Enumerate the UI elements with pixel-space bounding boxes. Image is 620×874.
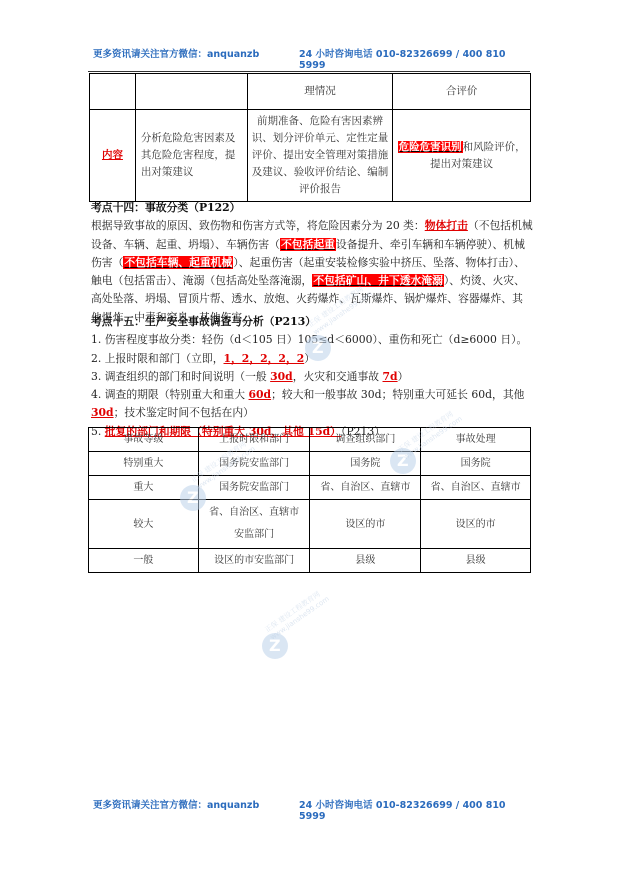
table-cell: 国务院安监部门 <box>198 452 310 476</box>
table-cell: 省、自治区、直辖市 <box>421 476 531 500</box>
highlight-text: 30d <box>91 406 114 419</box>
column-header: 事故等级 <box>89 428 199 452</box>
paragraph-text: 根据导致事故的原因、致伤物和伤害方式等，将危险因素分为 20 类： <box>91 219 425 232</box>
table-cell <box>90 74 136 110</box>
table-cell: 县级 <box>310 549 421 573</box>
highlight-text: 60d <box>249 388 272 401</box>
list-item: 4. 调查的期限（特别重大和重大 60d；较大和一般事故 30d；特别重大可延长… <box>91 386 533 423</box>
table-cell: 危险危害识别和风险评价，提出对策建议 <box>393 110 531 202</box>
table-cell: 省、自治区、直辖市 <box>310 476 421 500</box>
highlight-text: 不包括车辆、起重机械 <box>123 256 233 269</box>
column-header: 事故处理 <box>421 428 531 452</box>
highlight-text: 30d <box>270 370 293 383</box>
item-text: ，火灾和交通事故 <box>293 370 383 383</box>
table-cell: 国务院 <box>421 452 531 476</box>
table-row: 较大 省、自治区、直辖市安监部门 设区的市 设区的市 <box>89 500 531 549</box>
table-row: 重大 国务院安监部门 省、自治区、直辖市 省、自治区、直辖市 <box>89 476 531 500</box>
header-wechat-text: 更多资讯请关注官方微信：anquanzb <box>93 46 259 60</box>
table-row: 特别重大 国务院安监部门 国务院 国务院 <box>89 452 531 476</box>
table-cell: 设区的市 <box>421 500 531 549</box>
footer-wechat-text: 更多资讯请关注官方微信：anquanzb <box>93 797 259 811</box>
table-cell: 特别重大 <box>89 452 199 476</box>
watermark-logo-icon <box>262 633 288 659</box>
content-label: 内容 <box>102 149 123 161</box>
page-footer: 更多资讯请关注官方微信：anquanzb 24 小时咨询电话 010-82326… <box>93 797 533 811</box>
paragraph: 根据导致事故的原因、致伤物和伤害方式等，将危险因素分为 20 类：物体打击（不包… <box>91 217 533 327</box>
table-header-row: 事故等级 上报时限和部门 调查组织部门 事故处理 <box>89 428 531 452</box>
table-cell-label: 内容 <box>90 110 136 202</box>
header-hotline-text: 24 小时咨询电话 010-82326699 / 400 810 5999 <box>299 46 533 71</box>
accident-level-table: 事故等级 上报时限和部门 调查组织部门 事故处理 特别重大 国务院安监部门 国务… <box>88 427 531 573</box>
item-text: 2. 上报时限和部门（立即， <box>91 352 224 365</box>
evaluation-comparison-table: 理情况 合评价 内容 分析危险危害因素及其危险危害程度，提出对策建议 前期准备、… <box>89 73 531 202</box>
list-item: 1. 伤害程度事故分类：轻伤（d＜105 日）105≤d＜6000）、重伤和死亡… <box>91 331 533 349</box>
table-cell: 理情况 <box>247 74 393 110</box>
item-text: ） <box>398 370 409 383</box>
header-divider <box>88 71 530 72</box>
item-text: ；技术鉴定时间不包括在内） <box>114 406 254 419</box>
highlight-text: 不包括起重 <box>280 238 336 251</box>
table-cell: 较大 <box>89 500 199 549</box>
table-cell: 国务院安监部门 <box>198 476 310 500</box>
table-cell: 设区的市安监部门 <box>198 549 310 573</box>
page-header: 更多资讯请关注官方微信：anquanzb 24 小时咨询电话 010-82326… <box>93 46 533 60</box>
list-item: 3. 调查组织的部门和时间说明（一般 30d，火灾和交通事故 7d） <box>91 368 533 386</box>
highlight-text: 1，2，2，2，2 <box>224 352 305 365</box>
table-cell: 设区的市 <box>310 500 421 549</box>
item-text: 4. 调查的期限（特别重大和重大 <box>91 388 249 401</box>
section-accident-investigation: 考点十五：生产安全事故调查与分析（P213） 1. 伤害程度事故分类：轻伤（d＜… <box>91 313 533 441</box>
footer-hotline-text: 24 小时咨询电话 010-82326699 / 400 810 5999 <box>299 797 533 822</box>
table-cell: 重大 <box>89 476 199 500</box>
highlight-text: 危险危害识别 <box>398 141 463 153</box>
highlight-text: 物体打击 <box>425 219 468 232</box>
item-text: 3. 调查组织的部门和时间说明（一般 <box>91 370 270 383</box>
section-heading: 考点十四：事故分类（P122） <box>91 199 533 217</box>
highlight-text: 不包括矿山、井下透水淹溺 <box>312 274 444 287</box>
table-cell: 分析危险危害因素及其危险危害程度，提出对策建议 <box>135 110 247 202</box>
watermark-text: 正保 建设工程教育网www.jianshe99.com <box>263 587 331 642</box>
item-text: ） <box>304 352 315 365</box>
table-cell: 一般 <box>89 549 199 573</box>
highlight-text: 7d <box>383 370 398 383</box>
table-row: 内容 分析危险危害因素及其危险危害程度，提出对策建议 前期准备、危险有害因素辨识… <box>90 110 531 202</box>
table-cell: 县级 <box>421 549 531 573</box>
table-cell: 合评价 <box>393 74 531 110</box>
table-cell: 国务院 <box>310 452 421 476</box>
column-header: 上报时限和部门 <box>198 428 310 452</box>
list-item: 2. 上报时限和部门（立即，1，2，2，2，2） <box>91 350 533 368</box>
table-cell <box>135 74 247 110</box>
section-heading: 考点十五：生产安全事故调查与分析（P213） <box>91 313 533 331</box>
table-cell: 前期准备、危险有害因素辨识、划分评价单元、定性定量评价、提出安全管理对策措施及建… <box>247 110 393 202</box>
table-cell: 省、自治区、直辖市安监部门 <box>198 500 310 549</box>
table-row: 理情况 合评价 <box>90 74 531 110</box>
item-text: ；较大和一般事故 30d；特别重大可延长 60d，其他 <box>271 388 524 401</box>
table-row: 一般 设区的市安监部门 县级 县级 <box>89 549 531 573</box>
section-accident-classification: 考点十四：事故分类（P122） 根据导致事故的原因、致伤物和伤害方式等，将危险因… <box>91 199 533 327</box>
column-header: 调查组织部门 <box>310 428 421 452</box>
